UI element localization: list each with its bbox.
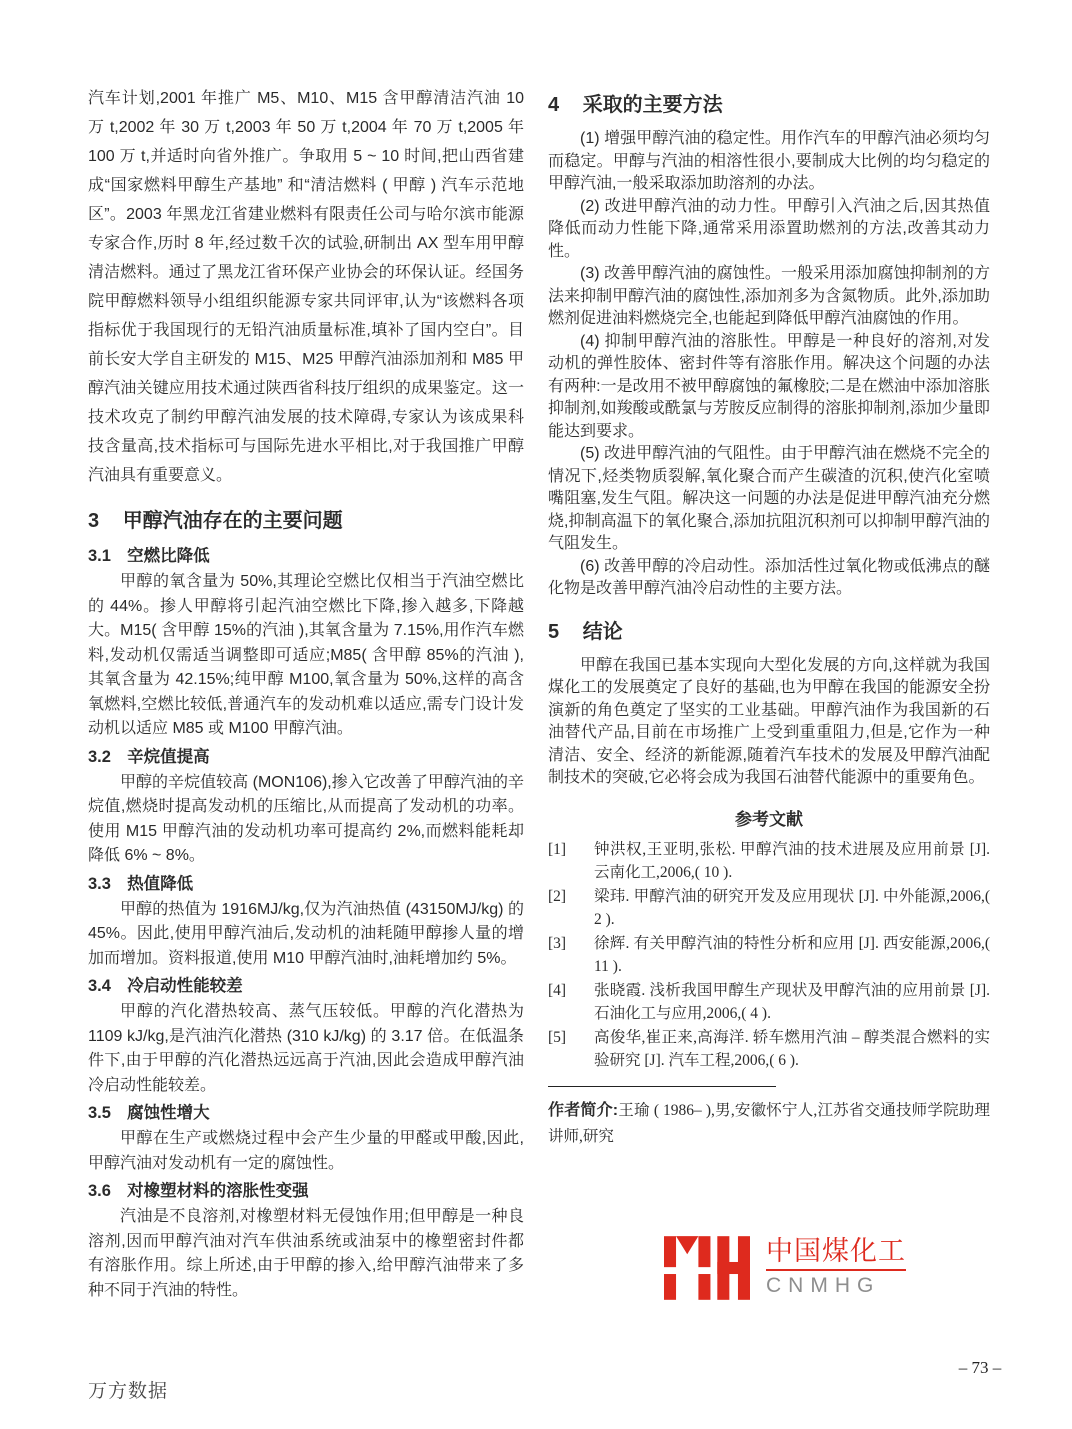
reference-item: [1] 钟洪权,王亚明,张松. 甲醇汽油的技术进展及应用前景 [J]. 云南化工…: [548, 838, 990, 885]
subsection-3-1-body: 甲醇的氧含量为 50%,其理论空燃比仅相当于汽油空燃比的 44%。掺人甲醇将引起…: [88, 570, 524, 742]
subsection-3-5-body: 甲醇在生产或燃烧过程中会产生少量的甲醛或甲酸,因此,甲醇汽油对发动机有一定的腐蚀…: [88, 1127, 524, 1176]
reference-item: [5] 高俊华,崔正来,高海洋. 轿车燃用汽油 – 醇类混合燃料的实验研究 [J…: [548, 1026, 990, 1073]
reference-label: [2]: [548, 885, 566, 909]
subsection-3-2-heading: 3.2 辛烷值提高: [88, 745, 524, 770]
subsection-3-5-heading: 3.5 腐蚀性增大: [88, 1101, 524, 1126]
section-4-title: 采取的主要方法: [583, 94, 723, 116]
subsection-3-3-number: 3.3: [88, 875, 111, 893]
section-4-number: 4: [548, 94, 559, 116]
section-4-paragraph-3: (3) 改善甲醇汽油的腐蚀性。一般采用添加腐蚀抑制剂的方法来抑制甲醇汽油的腐蚀性…: [548, 263, 990, 331]
cnmhg-logo-latin: CNMHG: [766, 1274, 906, 1298]
reference-text: 梁玮. 甲醇汽油的研究开发及应用现状 [J]. 中外能源,2006,( 2 ).: [594, 888, 990, 929]
subsection-3-4-number: 3.4: [88, 977, 111, 995]
section-3-heading: 3 甲醇汽油存在的主要问题: [88, 508, 524, 535]
wanfang-watermark: 万方数据: [88, 1376, 168, 1403]
subsection-3-6-title: 对橡塑材料的溶胀性变强: [127, 1182, 309, 1200]
subsection-3-6-body: 汽油是不良溶剂,对橡塑材料无侵蚀作用;但甲醇是一种良溶剂,因而甲醇汽油对汽车供油…: [88, 1205, 524, 1303]
cnmhg-logo: 中国煤化工 CNMHG: [656, 1234, 914, 1306]
subsection-3-6-heading: 3.6 对橡塑材料的溶胀性变强: [88, 1179, 524, 1204]
cnmhg-logo-mark-icon: [664, 1236, 750, 1300]
subsection-3-2-number: 3.2: [88, 748, 111, 766]
subsection-3-3-body: 甲醇的热值为 1916MJ/kg,仅为汽油热值 (43150MJ/kg) 的 4…: [88, 898, 524, 972]
subsection-3-5-title: 腐蚀性增大: [127, 1104, 210, 1122]
intro-paragraph: 汽车计划,2001 年推广 M5、M10、M15 含甲醇清洁汽油 10 万 t,…: [88, 84, 524, 490]
subsection-3-2-title: 辛烷值提高: [127, 748, 210, 766]
cnmhg-logo-text: 中国煤化工 CNMHG: [766, 1236, 906, 1298]
section-4-paragraph-1: (1) 增强甲醇汽油的稳定性。用作汽车的甲醇汽油必须均匀而稳定。甲醇与汽油的相溶…: [548, 128, 990, 196]
section-3-number: 3: [88, 510, 99, 532]
subsection-3-6-number: 3.6: [88, 1182, 111, 1200]
subsection-3-4-title: 冷启动性能较差: [127, 977, 243, 995]
reference-text: 钟洪权,王亚明,张松. 甲醇汽油的技术进展及应用前景 [J]. 云南化工,200…: [594, 841, 990, 882]
section-5-heading: 5 结论: [548, 619, 990, 646]
section-3-title: 甲醇汽油存在的主要问题: [123, 510, 343, 532]
subsection-3-1-number: 3.1: [88, 547, 111, 565]
author-bio-label: 作者简介:: [548, 1102, 618, 1119]
reference-text: 高俊华,崔正来,高海洋. 轿车燃用汽油 – 醇类混合燃料的实验研究 [J]. 汽…: [594, 1029, 990, 1070]
reference-label: [3]: [548, 932, 566, 956]
subsection-3-1-title: 空燃比降低: [127, 547, 210, 565]
subsection-3-2-body: 甲醇的辛烷值较高 (MON106),掺入它改善了甲醇汽油的辛烷值,燃烧时提高发动…: [88, 771, 524, 869]
section-4-paragraph-6: (6) 改善甲醇的冷启动性。添加活性过氧化物或低沸点的醚化物是改善甲醇汽油冷启动…: [548, 556, 990, 601]
reference-text: 徐辉. 有关甲醇汽油的特性分析和应用 [J]. 西安能源,2006,( 11 )…: [594, 935, 990, 976]
reference-text: 张晓霞. 浅析我国甲醇生产现状及甲醇汽油的应用前景 [J]. 石油化工与应用,2…: [594, 982, 990, 1023]
reference-item: [2] 梁玮. 甲醇汽油的研究开发及应用现状 [J]. 中外能源,2006,( …: [548, 885, 990, 932]
section-4-paragraph-4: (4) 抑制甲醇汽油的溶胀性。甲醇是一种良好的溶剂,对发动机的弹性胶体、密封件等…: [548, 331, 990, 444]
right-column: 4 采取的主要方法 (1) 增强甲醇汽油的稳定性。用作汽车的甲醇汽油必须均匀而稳…: [548, 84, 990, 1150]
author-bio-divider: [548, 1086, 776, 1087]
subsection-3-4-body: 甲醇的汽化潜热较高、蒸气压较低。甲醇的汽化潜热为 1109 kJ/kg,是汽油汽…: [88, 1000, 524, 1098]
subsection-3-5-number: 3.5: [88, 1104, 111, 1122]
reference-label: [5]: [548, 1026, 566, 1050]
subsection-3-4-heading: 3.4 冷启动性能较差: [88, 974, 524, 999]
author-bio: 作者简介:王瑜 ( 1986– ),男,安徽怀宁人,江苏省交通技师学院助理讲师,…: [548, 1098, 990, 1150]
references-title: 参考文献: [548, 808, 990, 832]
section-4-paragraph-2: (2) 改进甲醇汽油的动力性。甲醇引入汽油之后,因其热值降低而动力性能下降,通常…: [548, 196, 990, 264]
subsection-3-1-heading: 3.1 空燃比降低: [88, 544, 524, 569]
section-4-heading: 4 采取的主要方法: [548, 92, 990, 119]
reference-item: [4] 张晓霞. 浅析我国甲醇生产现状及甲醇汽油的应用前景 [J]. 石油化工与…: [548, 979, 990, 1026]
page-number: – 73 –: [925, 1358, 1035, 1378]
reference-label: [4]: [548, 979, 566, 1003]
subsection-3-3-heading: 3.3 热值降低: [88, 872, 524, 897]
section-5-title: 结论: [583, 621, 623, 643]
section-5-body: 甲醇在我国已基本实现向大型化发展的方向,这样就为我国煤化工的发展奠定了良好的基础…: [548, 655, 990, 790]
reference-label: [1]: [548, 838, 566, 862]
reference-item: [3] 徐辉. 有关甲醇汽油的特性分析和应用 [J]. 西安能源,2006,( …: [548, 932, 990, 979]
cnmhg-logo-chinese: 中国煤化工: [766, 1236, 906, 1271]
left-column: 汽车计划,2001 年推广 M5、M10、M15 含甲醇清洁汽油 10 万 t,…: [88, 84, 524, 1303]
subsection-3-3-title: 热值降低: [127, 875, 193, 893]
section-4-paragraph-5: (5) 改进甲醇汽油的气阻性。由于甲醇汽油在燃烧不完全的情况下,烃类物质裂解,氧…: [548, 443, 990, 556]
section-5-number: 5: [548, 621, 559, 643]
paper-page: 汽车计划,2001 年推广 M5、M10、M15 含甲醇清洁汽油 10 万 t,…: [0, 0, 1072, 1429]
